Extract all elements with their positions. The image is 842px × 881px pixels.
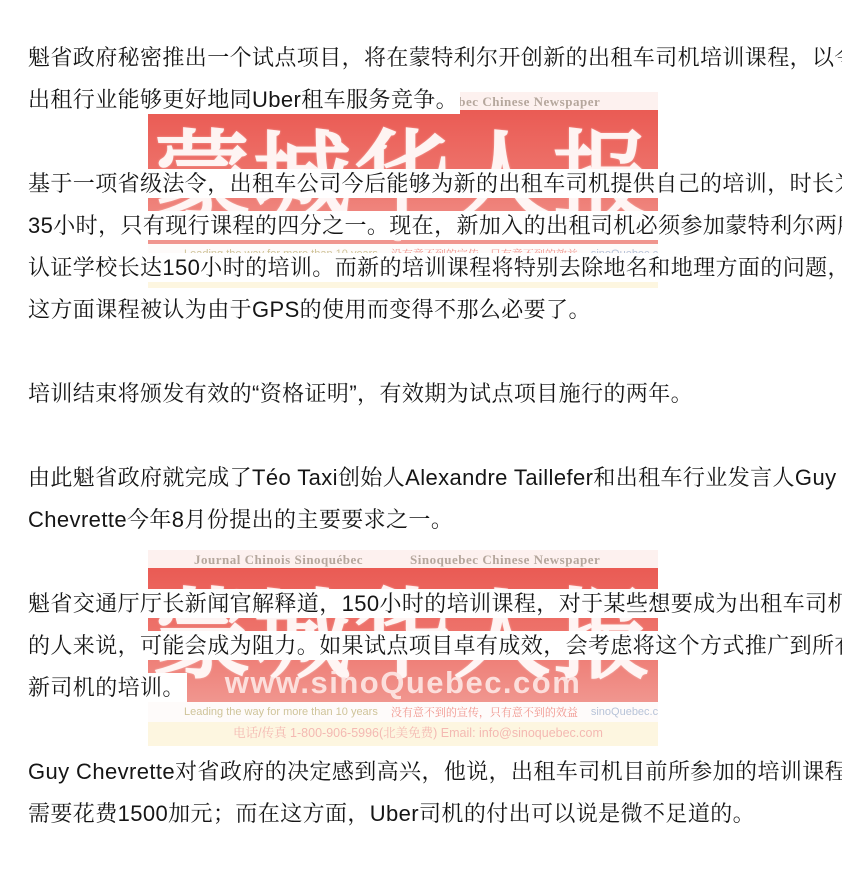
article-line: Chevrette今年8月份提出的主要要求之一。 [28,499,820,541]
article-line-text: 魁省交通厅厅长新闻官解释道，150小时的培训课程，对于某些想要成为出租车司机 [28,589,842,618]
article-line: 需要花费1500加元；而在这方面，Uber司机的付出可以说是微不足道的。 [28,793,820,835]
article-body: 魁省政府秘密推出一个试点项目，将在蒙特利尔开创新的出租车司机培训课程，以令 出租… [28,37,820,877]
article-paragraph: 由此魁省政府就完成了Téo Taxi创始人Alexandre Taillefer… [28,457,820,541]
article-line-text: 认证学校长达150小时的培训。而新的培训课程将特别去除地名和地理方面的问题， [28,253,842,282]
article-line-text: 基于一项省级法令，出租车公司今后能够为新的出租车司机提供自己的培训，时长为 [28,169,842,198]
article-line-text: Guy Chevrette对省政府的决定感到高兴，他说，出租车司机目前所参加的培… [28,757,842,786]
article-line-text: Chevrette今年8月份提出的主要要求之一。 [28,505,455,534]
article-line: 培训结束将颁发有效的“资格证明”，有效期为试点项目施行的两年。 [28,373,820,415]
article-line: 认证学校长达150小时的培训。而新的培训课程将特别去除地名和地理方面的问题， [28,247,820,289]
article-line-text: 的人来说，可能会成为阻力。如果试点项目卓有成效，会考虑将这个方式推广到所有 [28,631,842,660]
article-line-text: 培训结束将颁发有效的“资格证明”，有效期为试点项目施行的两年。 [28,379,695,408]
article-line: 新司机的培训。 [28,667,820,709]
article-line-text: 需要花费1500加元；而在这方面，Uber司机的付出可以说是微不足道的。 [28,799,757,828]
article-line: 基于一项省级法令，出租车公司今后能够为新的出租车司机提供自己的培训，时长为 [28,163,820,205]
article-line: 魁省交通厅厅长新闻官解释道，150小时的培训课程，对于某些想要成为出租车司机 [28,583,820,625]
article-paragraph: Guy Chevrette对省政府的决定感到高兴，他说，出租车司机目前所参加的培… [28,751,820,835]
article-line-text: 新司机的培训。 [28,673,187,702]
article-line-text: 魁省政府秘密推出一个试点项目，将在蒙特利尔开创新的出租车司机培训课程，以令 [28,43,842,72]
article-paragraph: 魁省政府秘密推出一个试点项目，将在蒙特利尔开创新的出租车司机培训课程，以令 出租… [28,37,820,121]
article-line-text: 这方面课程被认为由于GPS的使用而变得不那么必要了。 [28,295,593,324]
article-line-text: 35小时，只有现行课程的四分之一。现在，新加入的出租司机必须参加蒙特利尔两所 [28,211,842,240]
article-paragraph: 魁省交通厅厅长新闻官解释道，150小时的培训课程，对于某些想要成为出租车司机 的… [28,583,820,709]
article-line-text: 由此魁省政府就完成了Téo Taxi创始人Alexandre Taillefer… [28,463,838,492]
article-line: 由此魁省政府就完成了Téo Taxi创始人Alexandre Taillefer… [28,457,820,499]
article-paragraph: 基于一项省级法令，出租车公司今后能够为新的出租车司机提供自己的培训，时长为 35… [28,163,820,331]
article-line-text: 出租行业能够更好地同Uber租车服务竞争。 [28,85,460,114]
article-line: 35小时，只有现行课程的四分之一。现在，新加入的出租司机必须参加蒙特利尔两所 [28,205,820,247]
article-line: 这方面课程被认为由于GPS的使用而变得不那么必要了。 [28,289,820,331]
article-line: 魁省政府秘密推出一个试点项目，将在蒙特利尔开创新的出租车司机培训课程，以令 [28,37,820,79]
article-line: 的人来说，可能会成为阻力。如果试点项目卓有成效，会考虑将这个方式推广到所有 [28,625,820,667]
article-line: Guy Chevrette对省政府的决定感到高兴，他说，出租车司机目前所参加的培… [28,751,820,793]
article-paragraph: 培训结束将颁发有效的“资格证明”，有效期为试点项目施行的两年。 [28,373,820,415]
article-line: 出租行业能够更好地同Uber租车服务竞争。 [28,79,820,121]
